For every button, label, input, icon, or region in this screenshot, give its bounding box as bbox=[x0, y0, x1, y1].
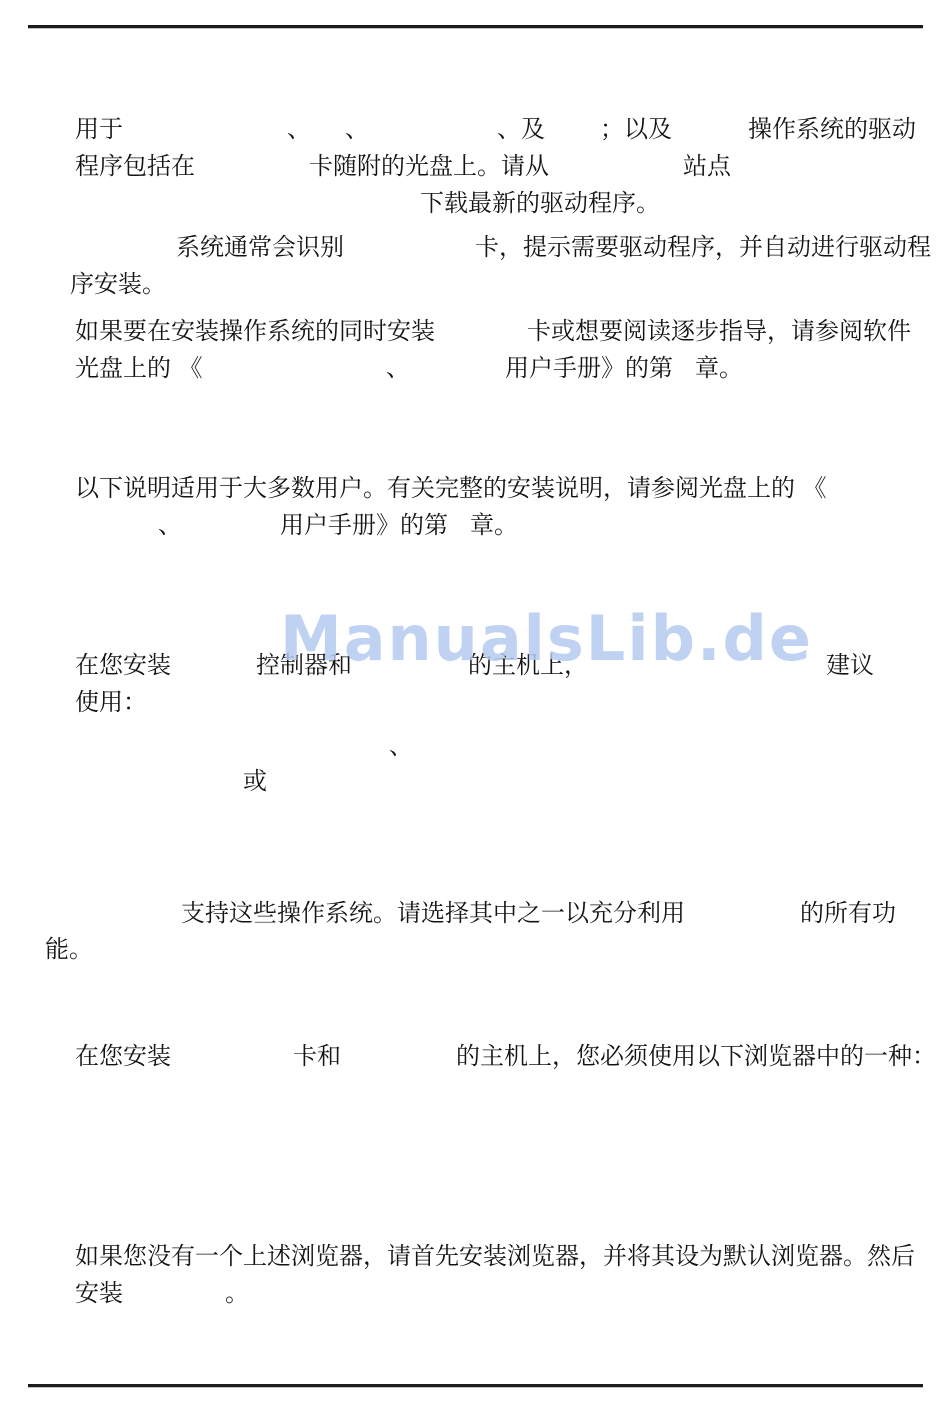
text-segment: 或 bbox=[243, 768, 267, 794]
text-segment: ；以及 bbox=[600, 116, 672, 142]
text-segment: 、 bbox=[345, 116, 369, 142]
text-segment: 卡，提示需要驱动程序，并自动进行驱动程 bbox=[475, 234, 931, 260]
text-segment: 卡和 bbox=[293, 1043, 341, 1069]
text-segment: 站点 bbox=[683, 153, 731, 179]
text-segment: 控制器和 bbox=[256, 652, 352, 678]
text-segment: 光盘上的 《 bbox=[75, 355, 203, 381]
text-segment: 系统通常会识别 bbox=[176, 234, 344, 260]
text-segment: 如果要在安装操作系统的同时安装 bbox=[75, 318, 435, 344]
text-segment: 用户手册》的第 bbox=[505, 355, 673, 381]
text-segment: 、及 bbox=[497, 116, 545, 142]
text-segment: 、 bbox=[389, 733, 413, 759]
text-segment: 用于 bbox=[75, 116, 123, 142]
bottom-rule bbox=[28, 1384, 923, 1387]
manual-page: 用于、、、及；以及操作系统的驱动程序包括在卡随附的光盘上。请从站点下载最新的驱动… bbox=[0, 0, 950, 1414]
text-segment: 如果您没有一个上述浏览器，请首先安装浏览器，并将其设为默认浏览器。然后 bbox=[75, 1243, 915, 1269]
text-segment: 章。 bbox=[470, 512, 518, 538]
text-segment: 的主机上，您必须使用以下浏览器中的一种： bbox=[456, 1043, 936, 1069]
text-segment: 以下说明适用于大多数用户。有关完整的安装说明，请参阅光盘上的 《 bbox=[75, 475, 827, 501]
text-segment: 的所有功 bbox=[800, 900, 896, 926]
text-segment: 章。 bbox=[695, 355, 743, 381]
text-segment: 在您安装 bbox=[75, 1043, 171, 1069]
text-segment: 使用： bbox=[75, 689, 147, 715]
text-segment: 建议 bbox=[826, 652, 874, 678]
text-segment: 用户手册》的第 bbox=[280, 512, 448, 538]
text-segment: 下载最新的驱动程序。 bbox=[420, 190, 660, 216]
text-segment: 、 bbox=[158, 512, 182, 538]
text-segment: 。 bbox=[225, 1280, 249, 1306]
text-segment: 安装 bbox=[75, 1280, 123, 1306]
text-segment: 、 bbox=[287, 116, 311, 142]
text-segment: 程序包括在 bbox=[75, 153, 195, 179]
text-segment: 卡或想要阅读逐步指导，请参阅软件 bbox=[527, 318, 911, 344]
text-segment: 、 bbox=[386, 355, 410, 381]
text-segment: 能。 bbox=[45, 936, 93, 962]
text-segment: 序安装。 bbox=[70, 271, 166, 297]
text-segment: 在您安装 bbox=[75, 652, 171, 678]
text-segment: 支持这些操作系统。请选择其中之一以充分利用 bbox=[181, 900, 685, 926]
body-text-layer: 用于、、、及；以及操作系统的驱动程序包括在卡随附的光盘上。请从站点下载最新的驱动… bbox=[0, 0, 950, 1414]
text-segment: 操作系统的驱动 bbox=[748, 116, 916, 142]
text-segment: 的主机上， bbox=[468, 652, 588, 678]
text-segment: 卡随附的光盘上。请从 bbox=[309, 153, 549, 179]
